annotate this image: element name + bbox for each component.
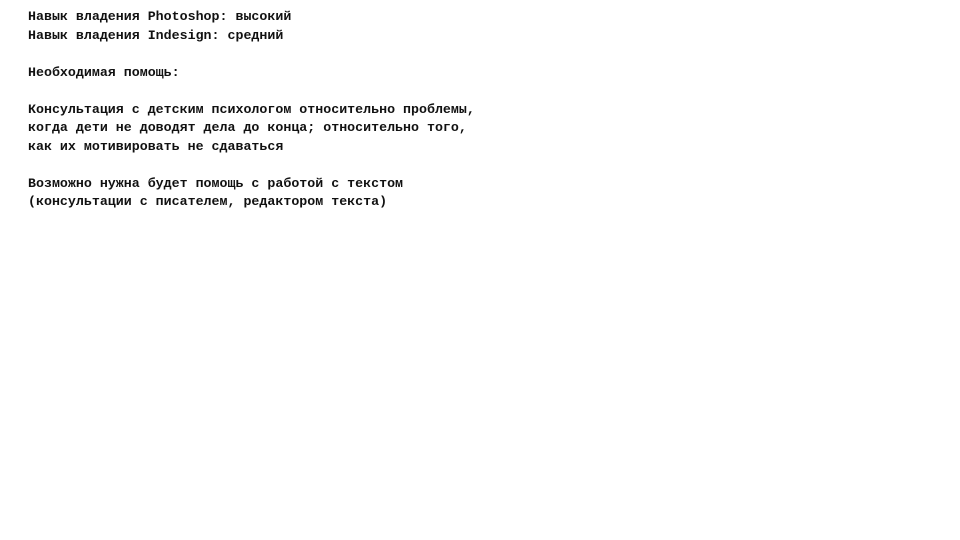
spacer xyxy=(28,82,475,101)
skill-photoshop: Навык владения Photoshop: высокий xyxy=(28,8,475,27)
help-item-2-line-2: (консультации с писателем, редактором те… xyxy=(28,193,475,212)
help-item-1-line-1: Консультация с детским психологом относи… xyxy=(28,101,475,120)
skill-indesign: Навык владения Indesign: средний xyxy=(28,27,475,46)
help-heading: Необходимая помощь: xyxy=(28,64,475,83)
spacer xyxy=(28,156,475,175)
spacer xyxy=(28,45,475,64)
help-item-1-line-3: как их мотивировать не сдаваться xyxy=(28,138,475,157)
help-item-1-line-2: когда дети не доводят дела до конца; отн… xyxy=(28,119,475,138)
document-body: Навык владения Photoshop: высокий Навык … xyxy=(28,8,475,212)
help-item-2-line-1: Возможно нужна будет помощь с работой с … xyxy=(28,175,475,194)
